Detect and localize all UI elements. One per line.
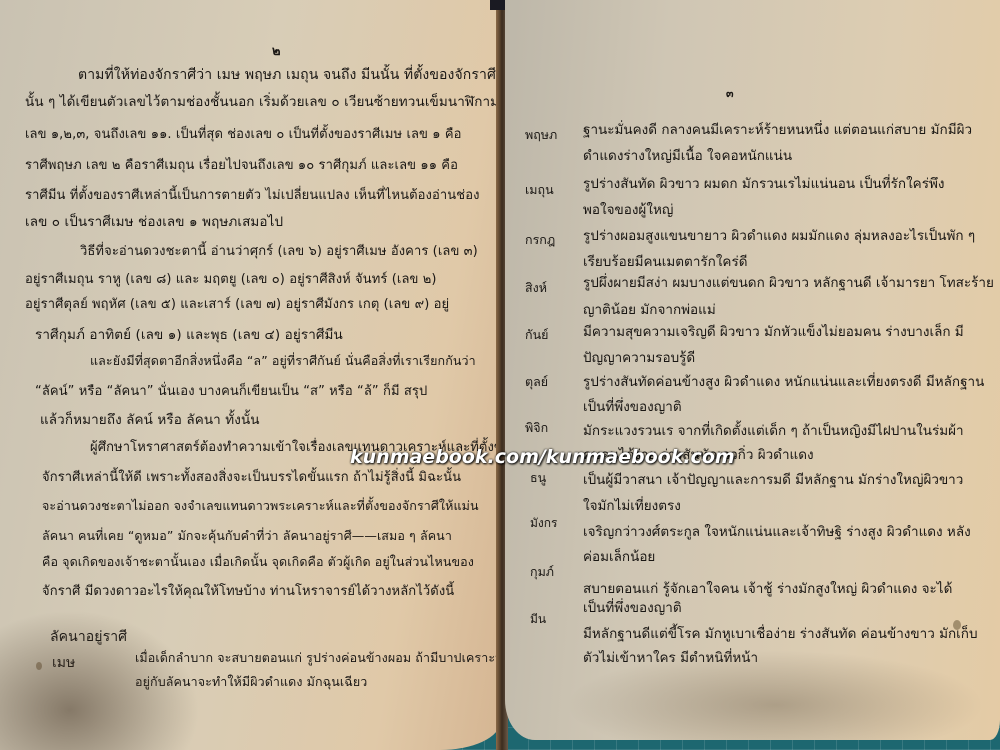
entry-line: รูปผึ่งผายมีสง่า ผมบางแต่ขนดก ผิวขาว หลั…: [583, 271, 994, 293]
right-page: ๓ พฤษภ ฐานะมั่นคงดี กลางคนมีเคราะห์ร้ายห…: [505, 0, 1000, 740]
section-heading: ลัคนาอยู่ราศี: [50, 626, 127, 648]
zodiac-sign-label: มังกร: [530, 514, 557, 533]
entry-line: ฐานะมั่นคงดี กลางคนมีเคราะห์ร้ายหนหนึ่ง …: [583, 118, 972, 140]
entry-line: เมื่อเด็กลำบาก จะสบายตอนแก่ รูปร่างค่อนข…: [135, 648, 500, 668]
paragraph-line: “ลัคน์” หรือ “ลัคนา” นั่นเอง บางคนก็เขีย…: [35, 380, 427, 401]
zodiac-sign-label: มีน: [530, 610, 546, 629]
paragraph-line: อยู่ราศีตุลย์ พฤหัศ (เลข ๕) และเสาร์ (เล…: [25, 293, 449, 314]
entry-line: ปัญญาความรอบรู้ดี: [583, 346, 695, 368]
entry-line: เป็นที่พึ่งของญาติ: [583, 395, 682, 417]
paragraph-line: อยู่ราศีเมถุน ราหู (เลข ๘) และ มฤตยู (เล…: [25, 268, 437, 289]
paragraph-line: จักราศี มีดวงดาวอะไรให้คุณให้โทษบ้าง ท่า…: [42, 580, 454, 601]
page-stain: [36, 662, 42, 670]
paragraph-line: ลัคนา คนที่เคย “ดูหมอ” มักจะคุ้นกับคำที่…: [42, 526, 452, 546]
paragraph-line: จักราศีเหล่านี้ให้ดี เพราะทั้งสองสิ่งจะเ…: [42, 466, 461, 487]
paragraph-line: คือ จุดเกิดของเจ้าชะตานั้นเอง เมื่อเกิดน…: [42, 552, 474, 572]
entry-line: ใจมักไม่เที่ยงตรง: [583, 494, 681, 516]
paragraph-line: ราศีมีน ที่ตั้งของราศีเหล่านี้เป็นการตาย…: [25, 184, 480, 205]
entry-line: มักระแวงรวนเร จากที่เกิดตั้งแต่เด็ก ๆ ถ้…: [583, 419, 964, 441]
entry-line: รูปร่างสันทัดค่อนข้างสูง ผิวดำแดง หนักแน…: [583, 370, 984, 392]
entry-line: รูปร่างผอมสูงแขนขายาว ผิวดำแดง ผมมักแดง …: [583, 224, 975, 246]
paragraph-line: แล้วก็หมายถึง ลัคน์ หรือ ลัคนา ทั้งนั้น: [40, 408, 260, 430]
entry-line: มีหลักฐานดีแต่ขี้โรค มักหูเบาเชื่อง่าย ร…: [583, 622, 978, 644]
page-number: ๒: [272, 40, 281, 61]
entry-line: ตัวไม่เข้าหาใคร มีตำหนิที่หน้า: [583, 646, 758, 668]
zodiac-sign-label: เมษ: [52, 652, 75, 674]
paragraph-line: วิธีที่จะอ่านดวงชะตานี้ อ่านว่าศุกร์ (เล…: [80, 240, 478, 261]
zodiac-sign-label: พฤษภ: [525, 125, 557, 145]
entry-line: เรียบร้อยมีคนเมตตารักใคร่ดี: [583, 250, 747, 272]
zodiac-sign-label: ตุลย์: [525, 372, 548, 392]
zodiac-sign-label: เมถุน: [525, 180, 554, 200]
zodiac-sign-label: ธนู: [530, 468, 546, 488]
paragraph-line: ราศีพฤษภ เลข ๒ คือราศีเมถุน เรื่อยไปจนถึ…: [25, 154, 458, 175]
watermark-text: kunmaebook.com/kunmaebook.com: [350, 446, 735, 468]
paragraph-line: เลข ๑,๒,๓, จนถึงเลข ๑๑. เป็นที่สุด ช่องเ…: [25, 123, 462, 144]
zodiac-sign-label: กันย์: [525, 325, 548, 345]
entry-line: อยู่กับลัคนาจะทำให้มีผิวดำแดง มักฉุนเฉีย…: [135, 672, 367, 692]
zodiac-sign-label: กุมภ์: [530, 562, 554, 582]
entry-line: เป็นผู้มีวาสนา เจ้าปัญญาและการมดี มีหลัก…: [583, 468, 963, 490]
zodiac-sign-label: สิงห์: [525, 278, 547, 298]
page-stain: [953, 620, 961, 630]
entry-line: เป็นที่พึ่งของญาติ: [583, 596, 682, 618]
paragraph-line: ราศีกุมภ์ อาทิตย์ (เลข ๑) และพุธ (เลข ๔)…: [35, 323, 343, 345]
zodiac-sign-label: กรกฎ: [525, 230, 555, 250]
paragraph-line: จะอ่านดวงชะตาไม่ออก จงจำเลขแทนดาวพระเครา…: [42, 496, 479, 516]
entry-line: ญาติน้อย มักจากพ่อแม่: [583, 298, 716, 320]
left-page: ๒ ตามที่ให้ท่องจักราศีว่า เมษ พฤษภ เมถุน…: [0, 0, 500, 750]
entry-line: ดำแดงร่างใหญ่มีเนื้อ ใจคอหนักแน่น: [583, 144, 792, 166]
page-number: ๓: [726, 84, 734, 102]
entry-line: ค่อมเล็กน้อย: [583, 545, 655, 567]
paragraph-line: เลข ๐ เป็นราศีเมษ ช่องเลข ๑ พฤษภเสมอไป: [25, 210, 283, 232]
paragraph-line: ตามที่ให้ท่องจักราศีว่า เมษ พฤษภ เมถุน จ…: [78, 64, 496, 86]
entry-line: มีความสุขความเจริญดี ผิวขาว มักหัวแข็งไม…: [583, 320, 964, 342]
paragraph-line: และยังมีที่สุดตาอีกสิ่งหนึ่งคือ “ล” อยู่…: [90, 351, 476, 371]
paragraph-line: นั้น ๆ ได้เขียนตัวเลขไว้ตามช่องชั้นนอก เ…: [25, 90, 500, 112]
entry-line: เจริญกว่าวงศ์ตระกูล ใจหนักแน่นและเจ้าทิษ…: [583, 520, 971, 542]
entry-line: พอใจของผู้ใหญ่: [583, 198, 673, 220]
zodiac-sign-label: พิจิก: [525, 418, 548, 438]
entry-line: รูปร่างสันทัด ผิวขาว ผมดก มักรวนเรไม่แน่…: [583, 172, 944, 194]
